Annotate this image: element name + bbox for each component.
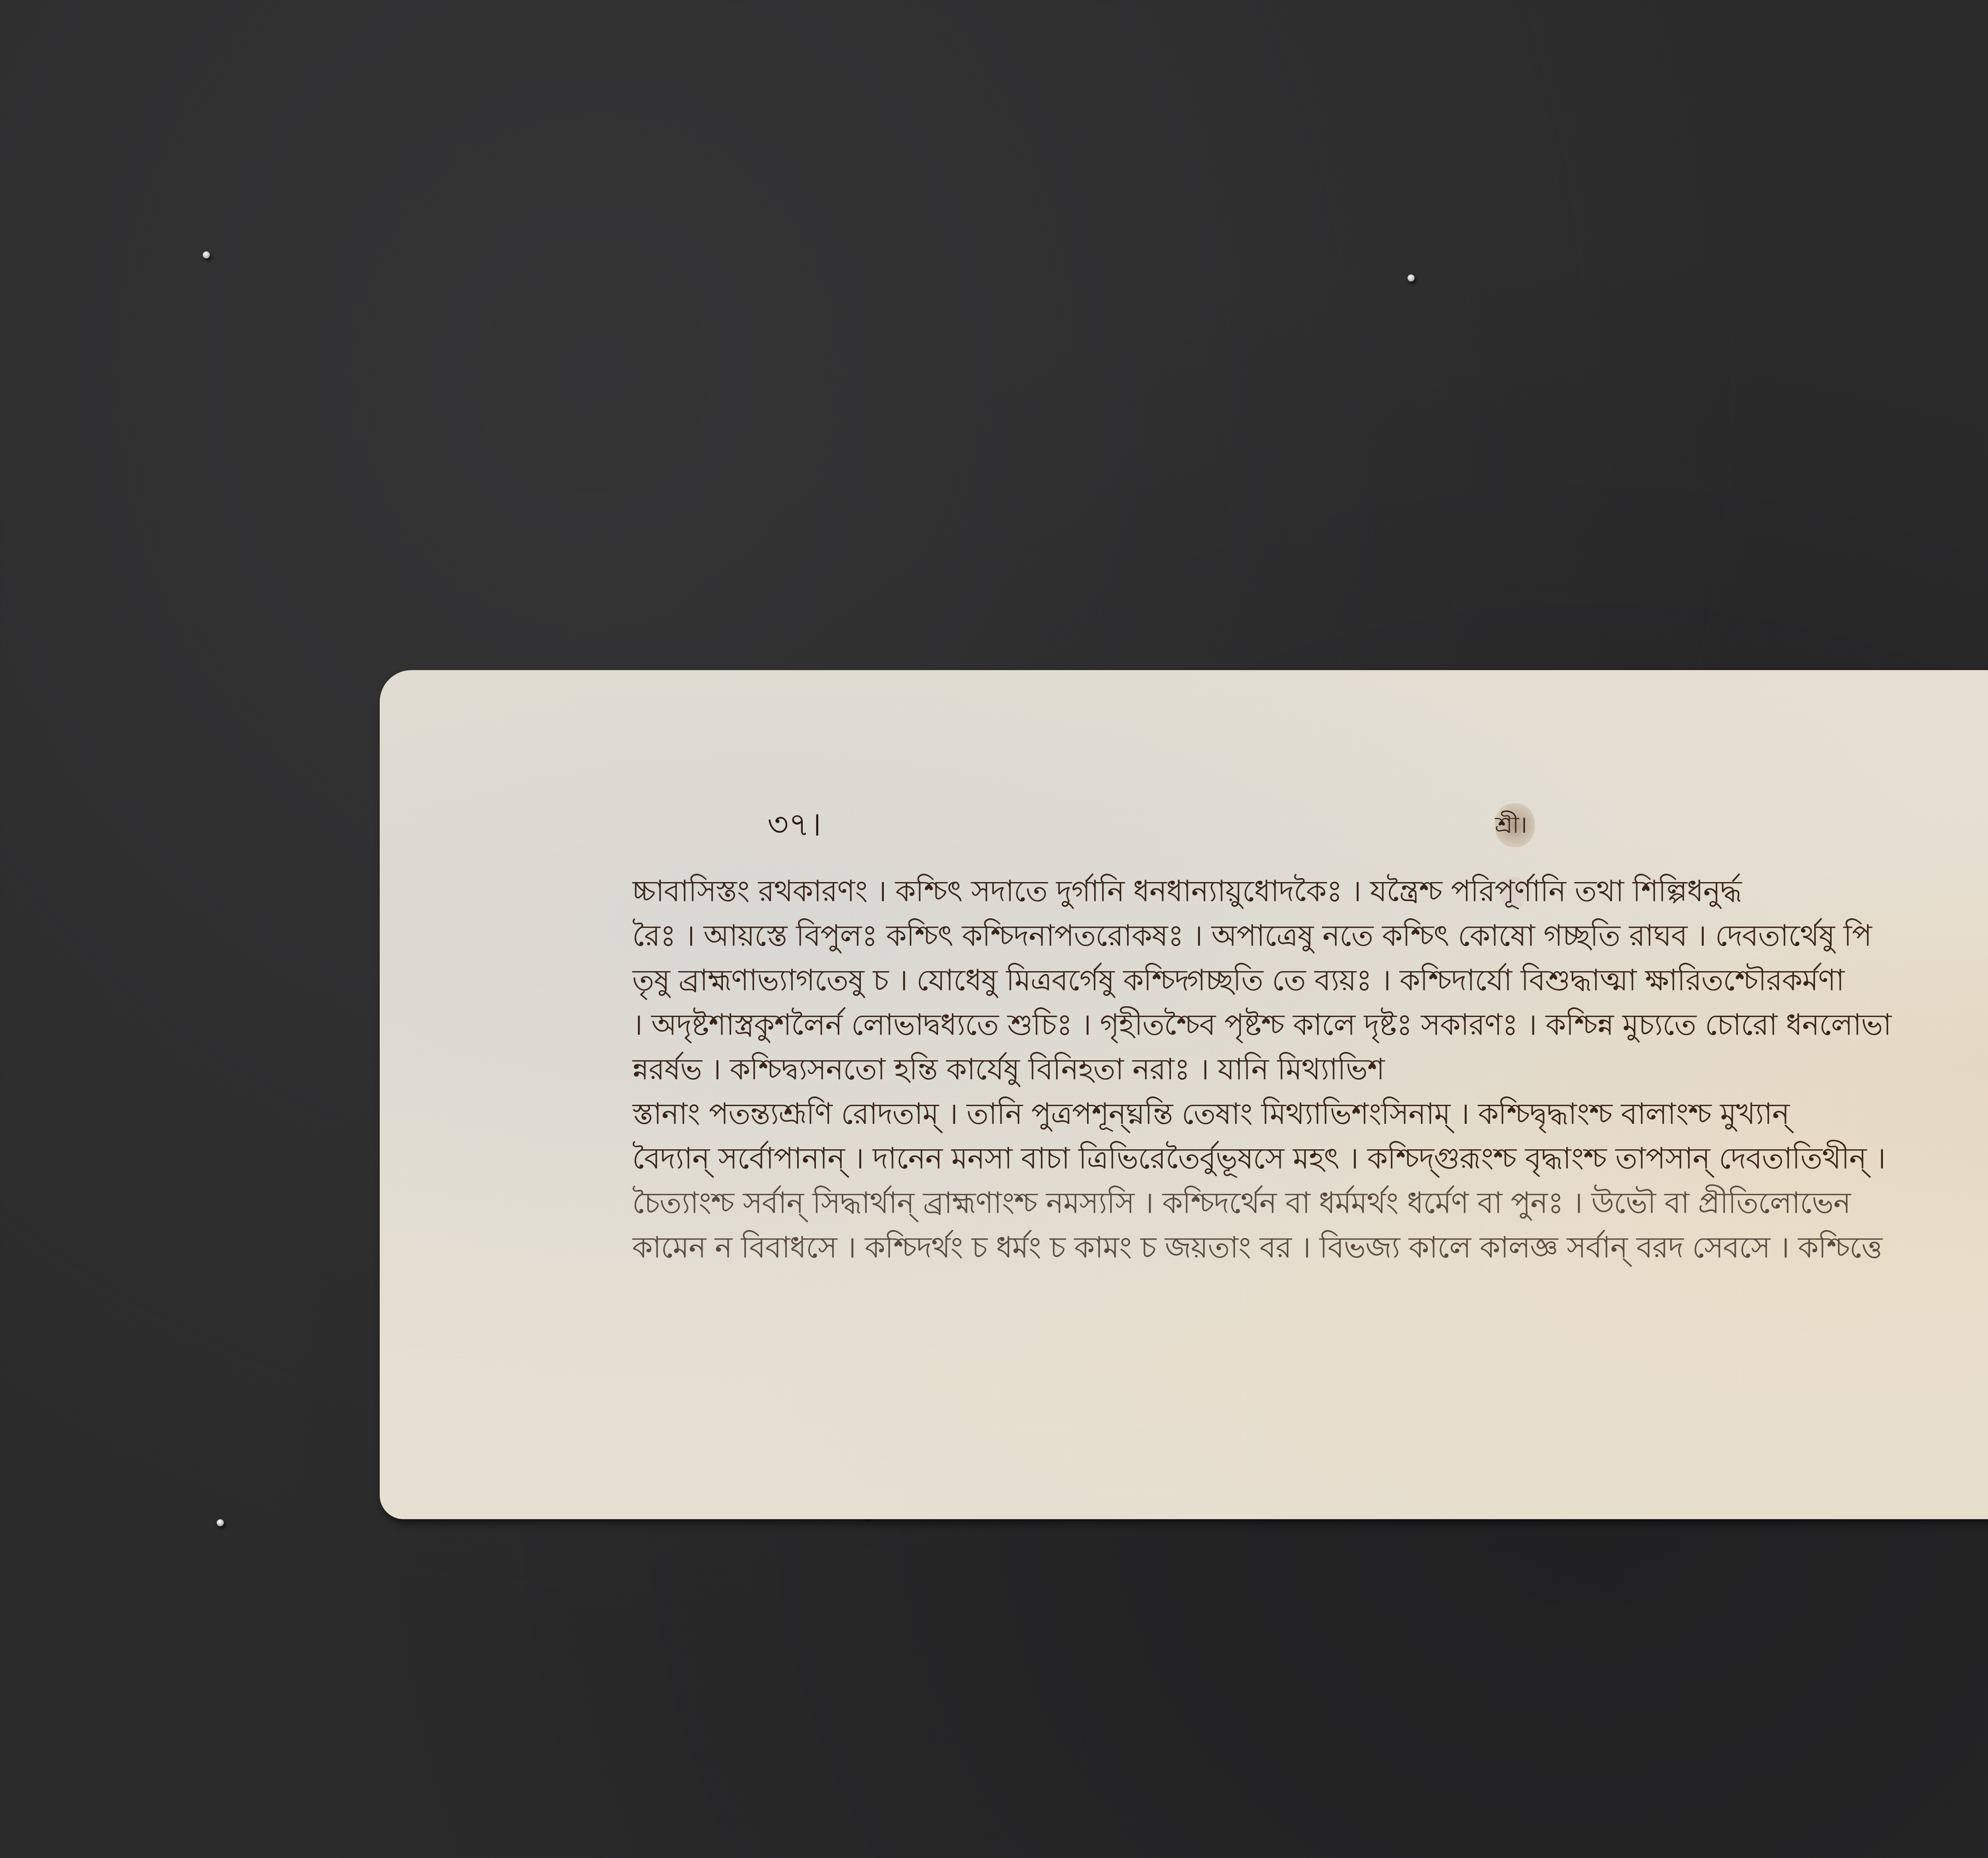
text-line: চ্চাবাসিস্তং রথকারণং । কশ্চিৎ সদাতে দুর্… xyxy=(632,869,1988,913)
manuscript-text: চ্চাবাসিস্তং রথকারণং । কশ্চিৎ সদাতে দুর্… xyxy=(632,869,1988,1270)
folio-number: ৩৭। xyxy=(767,799,821,854)
text-line: রৈঃ । আয়স্তে বিপুলঃ কশ্চিৎ কশ্চিদনাপতরো… xyxy=(632,913,1988,958)
text-line: বৈদ্যান্ সর্বোপানান্ । দানেন মনসা বাচা ত… xyxy=(632,1136,1988,1181)
text-line: তৃষু ব্রাহ্মণাভ্যাগতেষু চ । যোধেষু মিত্র… xyxy=(632,958,1988,1003)
text-line: কামেন ন বিবাধসে । কশ্চিদর্থং চ ধর্মং চ ক… xyxy=(632,1225,1988,1270)
pin xyxy=(217,1519,224,1526)
text-line: স্তানাং পতন্ত্যশ্রূণি রোদতাম্ । তানি পুত… xyxy=(632,1092,1988,1136)
text-line: ন্নরর্ষভ । কশ্চিদ্ব্যসনতো হন্তি কার্যেষু… xyxy=(632,1047,1988,1092)
text-line: । অদৃষ্টশাস্ত্রকুশলৈর্ন লোভাদ্বধ্যতে শুচ… xyxy=(632,1003,1988,1047)
center-mark: শ্রী। xyxy=(1495,807,1527,846)
pin xyxy=(1408,274,1415,282)
pin xyxy=(203,251,210,258)
text-line: চৈত্যাংশ্চ সর্বান্ সিদ্ধার্থান্ ব্রাহ্মণ… xyxy=(632,1181,1988,1225)
